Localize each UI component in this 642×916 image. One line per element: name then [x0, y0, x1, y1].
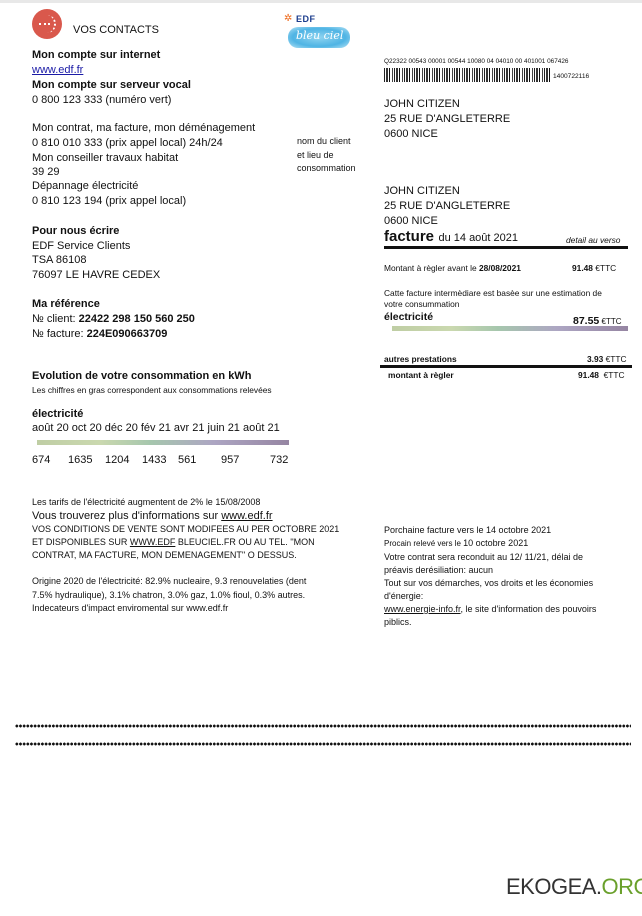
consumption-value: 561 — [178, 453, 196, 468]
consumption-gradient-bar — [37, 440, 289, 445]
consumption-value: 957 — [221, 453, 239, 468]
conditions-line3: CONTRAT, MA FACTURE, MON DEMENAGEMENT'' … — [32, 549, 297, 562]
more-info-prefix: Vous trouverez plus d'informations sur — [32, 510, 221, 522]
recipient-city: 0600 NICE — [384, 127, 438, 142]
total-amount: 91.48 — [578, 370, 599, 380]
next-reading-date: 10 octobre 2021 — [463, 538, 528, 548]
logo-tagline: bleu ciel — [296, 29, 343, 42]
energy-info-line2: piblics. — [384, 616, 412, 629]
consumption-subtitle: Les chiffres en gras correspondent aux c… — [32, 384, 272, 396]
repair-number: 0 810 123 194 (prix appel local) — [32, 194, 186, 209]
consumption-periods: août 20 oct 20 déc 20 fév 21 avr 21 juin… — [32, 421, 280, 436]
client-number-row: № client: 22422 298 150 560 250 — [32, 312, 195, 327]
invoice-heading: facture du 14 août 2021 — [384, 228, 518, 246]
contacts-section-title: VOS CONTACTS — [73, 23, 159, 38]
watermark-tld: ORG — [602, 874, 642, 899]
client-label: № client: — [32, 313, 79, 325]
other-currency: €TTC — [606, 354, 627, 364]
side-note-line2: et lieu de — [297, 149, 334, 162]
conditions-suffix: BLEUCIEL.FR OU AU TEL. ''MON — [175, 537, 314, 547]
origin-line1: Origine 2020 de l'électricité: 82.9% nuc… — [32, 575, 306, 588]
origin-line3: Indecateurs d'impact enviromental sur ww… — [32, 602, 228, 615]
invoice-number: 224E090663709 — [87, 328, 168, 340]
barcode-icon — [384, 68, 552, 82]
consumption-value: 1433 — [142, 453, 166, 468]
due-currency: €TTC — [595, 263, 616, 273]
mailing-title: Pour nous écrire — [32, 224, 119, 239]
rights-line2: d'énergie: — [384, 590, 423, 603]
consumption-place-name: JOHN CITIZEN — [384, 184, 460, 199]
edf-website-link[interactable]: www.edf.fr — [32, 63, 83, 78]
consumption-place-street: 25 RUE D'ANGLETERRE — [384, 199, 510, 214]
consumption-value: 1204 — [105, 453, 129, 468]
recipient-street: 25 RUE D'ANGLETERRE — [384, 112, 510, 127]
invoice-number-row: № facture: 224E090663709 — [32, 327, 167, 342]
other-amount: 3.93 — [587, 354, 603, 364]
mailing-line3: 76097 LE HAVRE CEDEX — [32, 268, 160, 283]
contacts-arrow-icon — [32, 9, 62, 39]
rights-line1: Tout sur vos démarches, vos droits et le… — [384, 577, 593, 590]
conditions-prefix: ET DISPONIBLES SUR — [32, 537, 130, 547]
client-number: 22422 298 150 560 250 — [79, 313, 195, 325]
next-reading-prefix: Procain relevé vers le — [384, 539, 463, 548]
next-invoice: Porchaine facture vers le 14 octobre 202… — [384, 524, 551, 537]
consumption-title: Evolution de votre consommation en kWh — [32, 369, 251, 384]
renewal-line1: Votre contrat sera reconduit au 12/ 11/2… — [384, 551, 583, 564]
invoice-electricity-label: électricité — [384, 311, 433, 323]
conditions-link[interactable]: WWW.EDF — [130, 537, 176, 547]
conditions-line2: ET DISPONIBLES SUR WWW.EDF BLEUCIEL.FR O… — [32, 536, 315, 549]
electricity-gradient-bar — [392, 326, 628, 331]
dotted-separator-bottom — [15, 742, 631, 746]
side-note-line1: nom du client — [297, 135, 351, 148]
consumption-values: 674163512041433561957732 — [32, 453, 292, 469]
invoice-label: № facture: — [32, 328, 87, 340]
edf-bleu-ciel-logo: ✲ EDF bleu ciel — [282, 14, 348, 50]
watermark-main: EKOGEA. — [506, 874, 602, 899]
consumption-energy-label: électricité — [32, 407, 83, 422]
advisor-label: Mon conseiller travaux habitat — [32, 151, 178, 166]
contract-number: 0 810 010 333 (prix appel local) 24h/24 — [32, 136, 223, 151]
total-rule — [380, 365, 632, 368]
edf-brand: EDF — [296, 14, 316, 24]
other-services-label: autres prestations — [384, 353, 457, 365]
internet-label: Mon compte sur internet — [32, 48, 160, 63]
consumption-value: 732 — [270, 453, 288, 468]
barcode-suffix: 1400722116 — [553, 73, 589, 81]
detail-note: detail au verso — [566, 234, 620, 246]
invoice-date: du 14 août 2021 — [438, 232, 518, 244]
conditions-line1: VOS CONDITIONS DE VENTE SONT MODIFEES AU… — [32, 523, 339, 536]
due-row: Montant à règler avant le 28/08/2021 — [384, 262, 521, 274]
dotted-separator-top — [15, 724, 631, 728]
side-note-line3: consommation — [297, 162, 356, 175]
energy-info-link[interactable]: www.energie-info.fr — [384, 604, 461, 614]
total-amount-row: 91.48 €TTC — [578, 369, 625, 381]
consumption-value: 1635 — [68, 453, 92, 468]
due-amount: 91.48 — [572, 263, 593, 273]
energy-info-row: www.energie-info.fr, le site d'informati… — [384, 603, 596, 616]
advisor-number: 39 29 — [32, 165, 60, 180]
other-amount-row: 3.93 €TTC — [587, 353, 627, 365]
due-date: 28/08/2021 — [479, 263, 521, 273]
edf-star-icon: ✲ — [284, 14, 292, 24]
top-edge — [0, 0, 642, 3]
more-info-link[interactable]: www.edf.fr — [221, 510, 272, 522]
barcode-digits: Q22322 00543 00001 00544 10080 04 04010 … — [384, 58, 568, 66]
vocal-label: Mon compte sur serveur vocal — [32, 78, 191, 93]
next-reading-row: Procain relevé vers le 10 octobre 2021 — [384, 537, 528, 550]
repair-label: Dépannage électricité — [32, 179, 138, 194]
invoice-heading-rule — [384, 246, 628, 249]
recipient-name: JOHN CITIZEN — [384, 97, 460, 112]
total-currency: €TTC — [604, 370, 625, 380]
consumption-place-city: 0600 NICE — [384, 214, 438, 229]
more-info-row: Vous trouverez plus d'informations sur w… — [32, 509, 273, 524]
consumption-value: 674 — [32, 453, 50, 468]
total-label: montant à règler — [388, 369, 454, 381]
mailing-line2: TSA 86108 — [32, 253, 86, 268]
ekogea-watermark: EKOGEA.ORG — [506, 874, 642, 900]
origin-line2: 7.5% hydraulique), 3.1% chatron, 3.0% ga… — [32, 589, 305, 602]
invoice-title: facture — [384, 228, 434, 245]
mailing-line1: EDF Service Clients — [32, 239, 130, 254]
bleu-ciel-cloud: bleu ciel — [288, 27, 350, 48]
due-label: Montant à règler avant le — [384, 263, 479, 273]
vocal-number: 0 800 123 333 (numéro vert) — [32, 93, 171, 108]
tariff-notice: Les tarifs de l'électricité augmentent d… — [32, 496, 260, 509]
reference-title: Ma référence — [32, 297, 100, 312]
contract-label: Mon contrat, ma facture, mon déménagemen… — [32, 121, 255, 136]
estimate-note-line2: votre consummation — [384, 298, 459, 310]
due-amount-row: 91.48 €TTC — [572, 262, 616, 274]
electricity-currency: €TTC — [602, 317, 622, 326]
energy-info-suffix: , le site d'information des pouvoirs — [461, 604, 597, 614]
renewal-line2: préavis derésiliation: aucun — [384, 564, 493, 577]
